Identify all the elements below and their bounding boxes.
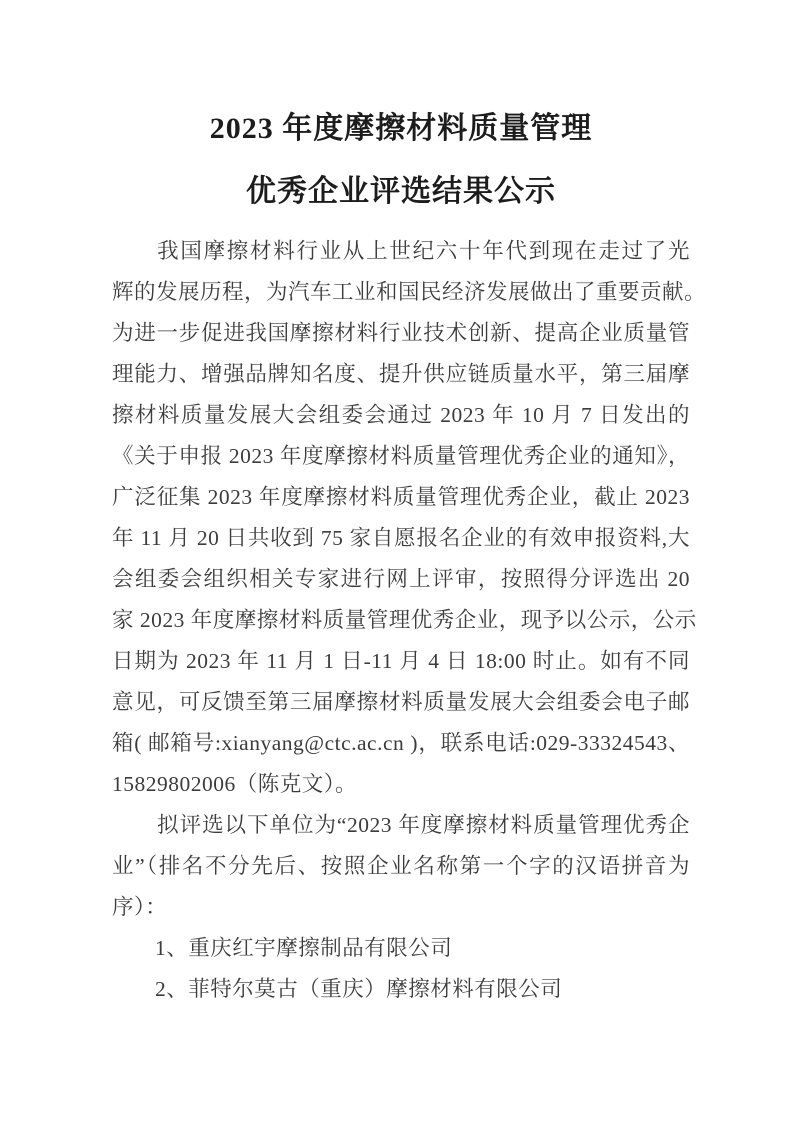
paragraph-line: 拟评选以下单位为“2023 年度摩擦材料质量管理优秀企 xyxy=(112,805,690,846)
paragraph-1: 我国摩擦材料行业从上世纪六十年代到现在走过了光 辉的发展历程，为汽车工业和国民经… xyxy=(112,231,690,805)
paragraph-line: 家 2023 年度摩擦材料质量管理优秀企业，现予以公示，公示 xyxy=(112,600,690,641)
paragraph-line: 广泛征集 2023 年度摩擦材料质量管理优秀企业，截止 2023 xyxy=(112,477,690,518)
paragraph-line: 业”（排名不分先后、按照企业名称第一个字的汉语拼音为 xyxy=(112,846,690,887)
company-list: 1、重庆红宇摩擦制品有限公司 2、菲特尔莫古（重庆）摩擦材料有限公司 xyxy=(112,928,690,1010)
paragraph-line: 擦材料质量发展大会组委会通过 2023 年 10 月 7 日发出的 xyxy=(112,395,690,436)
paragraph-line: 意见，可反馈至第三届摩擦材料质量发展大会组委会电子邮 xyxy=(112,682,690,723)
paragraph-line: 年 11 月 20 日共收到 75 家自愿报名企业的有效申报资料,大 xyxy=(112,518,690,559)
paragraph-2: 拟评选以下单位为“2023 年度摩擦材料质量管理优秀企 业”（排名不分先后、按照… xyxy=(112,805,690,928)
title-line-2: 优秀企业评选结果公示 xyxy=(112,160,690,223)
paragraph-line: 15829802006（陈克文）。 xyxy=(112,764,690,805)
paragraph-line: 《关于申报 2023 年度摩擦材料质量管理优秀企业的通知》， xyxy=(112,436,690,477)
list-item: 2、菲特尔莫古（重庆）摩擦材料有限公司 xyxy=(112,969,690,1010)
paragraph-line: 理能力、增强品牌知名度、提升供应链质量水平，第三届摩 xyxy=(112,354,690,395)
paragraph-line: 我国摩擦材料行业从上世纪六十年代到现在走过了光 xyxy=(112,231,690,272)
document-page: 2023 年度摩擦材料质量管理 优秀企业评选结果公示 我国摩擦材料行业从上世纪六… xyxy=(0,0,800,1131)
paragraph-line: 辉的发展历程，为汽车工业和国民经济发展做出了重要贡献。 xyxy=(112,272,690,313)
paragraph-line: 为进一步促进我国摩擦材料行业技术创新、提高企业质量管 xyxy=(112,313,690,354)
document-title: 2023 年度摩擦材料质量管理 优秀企业评选结果公示 xyxy=(112,97,690,223)
list-item: 1、重庆红宇摩擦制品有限公司 xyxy=(112,928,690,969)
paragraph-line: 序）： xyxy=(112,887,690,928)
title-line-1: 2023 年度摩擦材料质量管理 xyxy=(112,97,690,160)
paragraph-line: 箱( 邮箱号:xianyang@ctc.ac.cn )，联系电话:029-333… xyxy=(112,723,690,764)
document-body: 我国摩擦材料行业从上世纪六十年代到现在走过了光 辉的发展历程，为汽车工业和国民经… xyxy=(112,231,690,1010)
paragraph-line: 日期为 2023 年 11 月 1 日-11 月 4 日 18:00 时止。如有… xyxy=(112,641,690,682)
paragraph-line: 会组委会组织相关专家进行网上评审，按照得分评选出 20 xyxy=(112,559,690,600)
